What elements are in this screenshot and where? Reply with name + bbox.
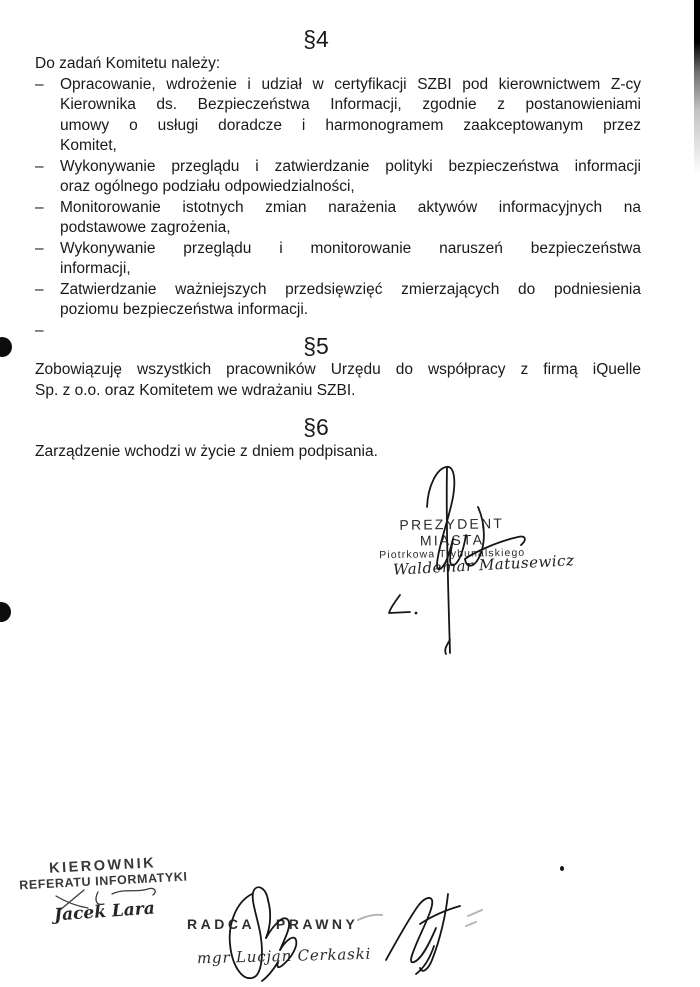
scanned-document-page: §4 Do zadań Komitetu należy: – Opracowan… [0, 0, 700, 987]
it-manager-stamp: KIEROWNIK REFERATU INFORMATYKI [13, 853, 192, 892]
bullet-dash: – [35, 75, 60, 157]
bullet-dash: – [35, 280, 60, 321]
bullet-line: Opracowanie, wdrożenie i udział w certyf… [60, 75, 641, 96]
list-item: – Wykonywanie przeglądu i zatwierdzanie … [35, 157, 641, 198]
bullet-line: informacji, [60, 259, 641, 280]
bullet-line: podstawowe zagrożenia, [60, 218, 641, 239]
bullet-line: Monitorowanie istotnych zmian narażenia … [60, 198, 641, 219]
president-stamp-title: PREZYDENT MIASTA [368, 515, 537, 550]
document-body: §4 Do zadań Komitetu należy: – Opracowan… [35, 26, 641, 463]
bullet-dash: – [35, 157, 60, 198]
bullet-line: oraz ogólnego podziału odpowiedzialności… [60, 177, 641, 198]
scan-edge-artifact [694, 0, 700, 175]
list-item: – Opracowanie, wdrożenie i udział w cert… [35, 75, 641, 157]
section-6-heading: §6 [13, 414, 619, 441]
bullet-line: Kierownika ds. Bezpieczeństwa Informacji… [60, 95, 641, 116]
section-4-heading: §4 [13, 26, 619, 53]
section-6-line: Zarządzenie wchodzi w życie z dniem podp… [35, 442, 641, 463]
list-item: – Monitorowanie istotnych zmian narażeni… [35, 198, 641, 239]
bullet-line: Wykonywanie przeglądu i monitorowanie na… [60, 239, 641, 260]
section-5-line: Sp. z o.o. oraz Komitetem we wdrażaniu S… [35, 381, 641, 402]
bullet-line: poziomu bezpieczeństwa informacji. [60, 300, 641, 321]
legal-counsel-stamp-title: RADCA PRAWNY [187, 916, 358, 932]
punch-hole-top [0, 337, 12, 357]
handwritten-signature-right [350, 888, 500, 980]
section-5-heading: §5 [13, 333, 619, 360]
legal-counsel-signature-name: mgr Lucjan Cerkaski [197, 945, 372, 968]
section-5-line: Zobowiązuję wszystkich pracowników Urzęd… [35, 360, 641, 381]
bullet-line: Komitet, [60, 136, 641, 157]
bullet-dash: – [35, 198, 60, 239]
bullet-dash: – [35, 239, 60, 280]
list-item: – Zatwierdzanie ważniejszych przedsięwzi… [35, 280, 641, 321]
bullet-line: umowy o usługi doradcze i harmonogramem … [60, 116, 641, 137]
ink-speck [560, 866, 564, 871]
it-manager-signature-name: Jacek Lara [53, 899, 155, 926]
bullet-line: Zatwierdzanie ważniejszych przedsięwzięć… [60, 280, 641, 301]
punch-hole-bottom [0, 602, 11, 622]
list-item: – Wykonywanie przeglądu i monitorowanie … [35, 239, 641, 280]
section-4-intro: Do zadań Komitetu należy: [35, 54, 641, 75]
bullet-line: Wykonywanie przeglądu i zatwierdzanie po… [60, 157, 641, 178]
